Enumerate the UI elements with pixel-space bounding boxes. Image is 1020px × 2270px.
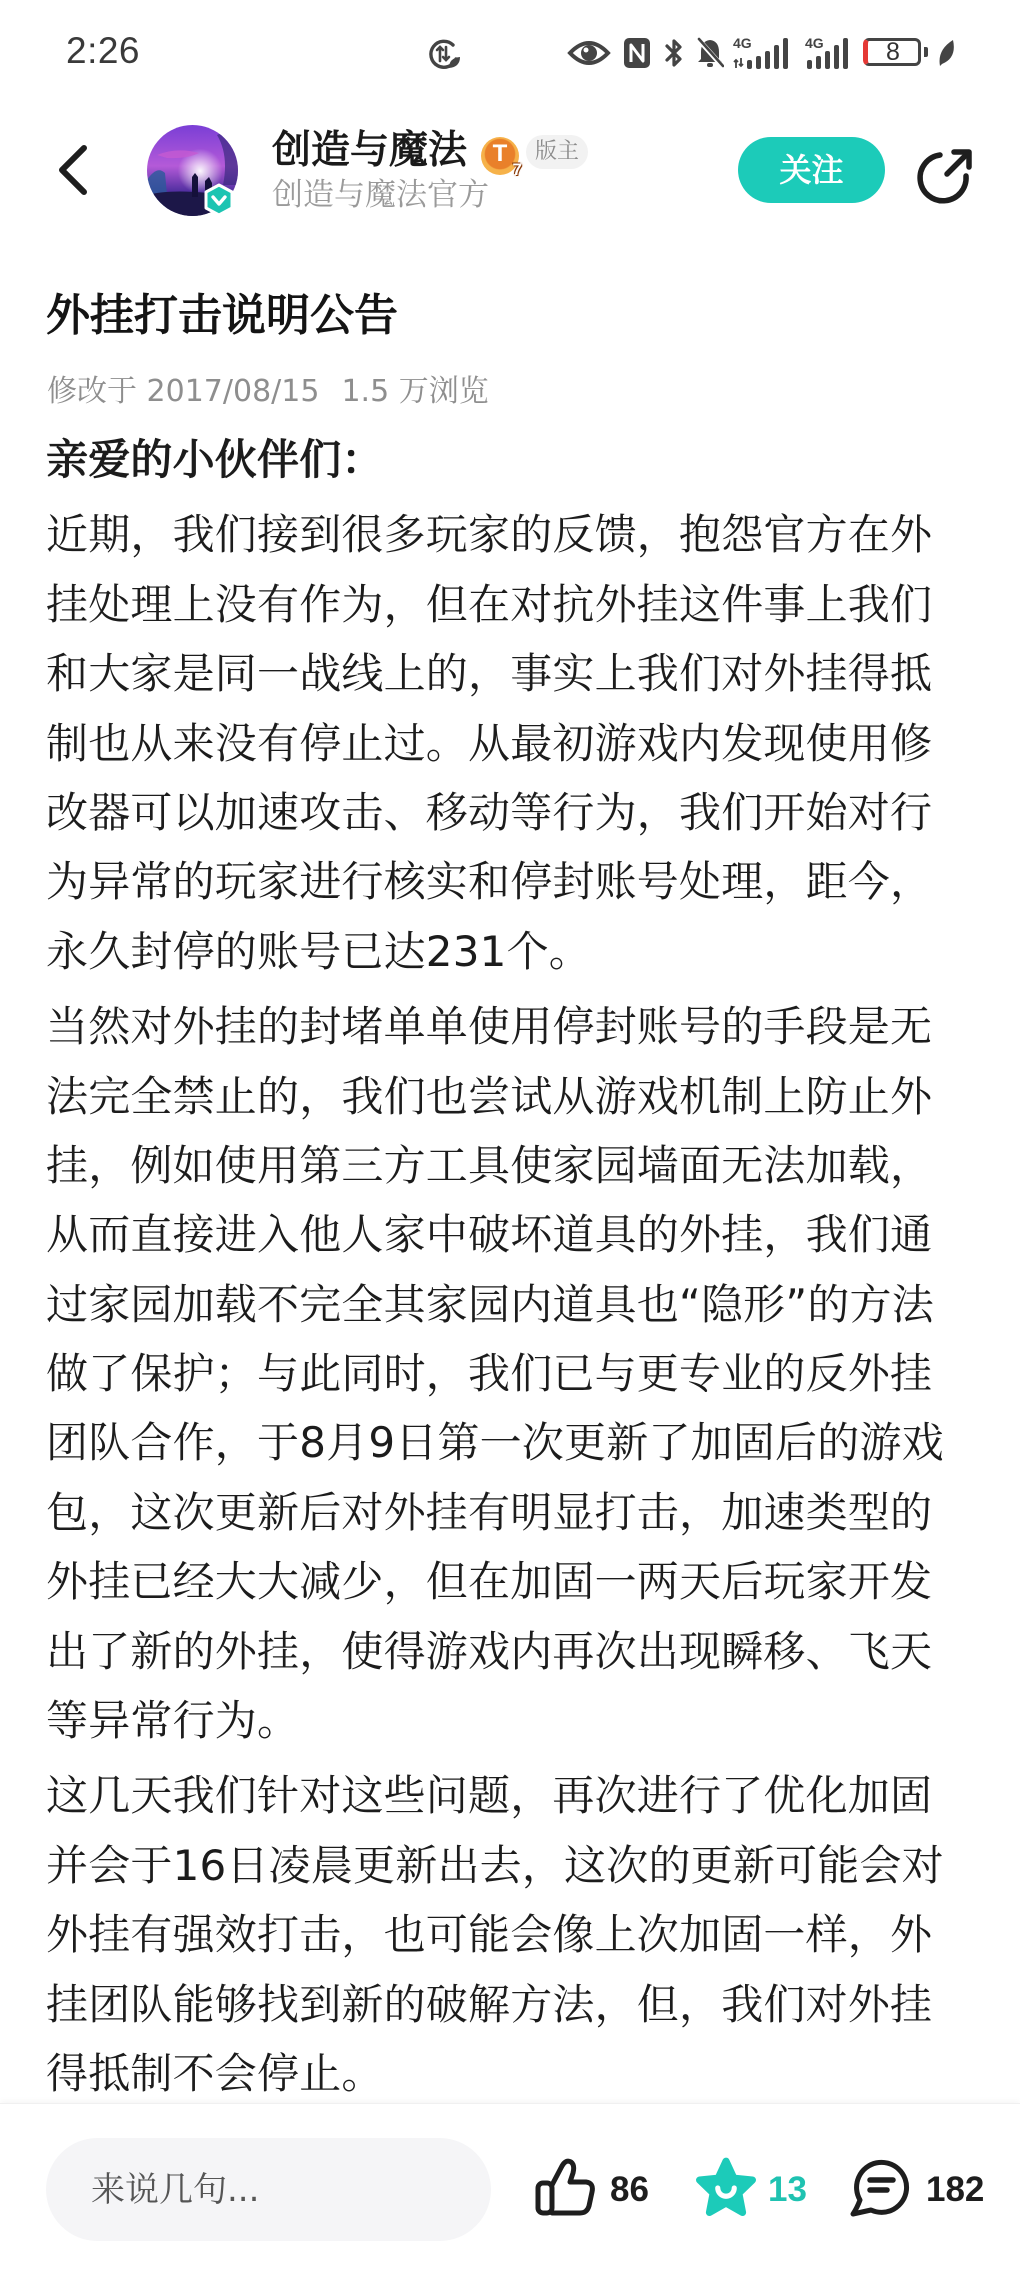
text-line: 为异常的玩家进行核实和停封账号处理，距今，: [46, 847, 1006, 916]
nfc-icon: [623, 37, 651, 69]
star-favorite-icon: [692, 2156, 760, 2220]
forum-name[interactable]: 创造与魔法: [272, 128, 467, 174]
like-count: 86: [610, 2170, 649, 2210]
text-line: 外挂已经大大减少，但在加固一两天后玩家开发: [46, 1547, 1006, 1616]
follow-button[interactable]: 关注: [738, 137, 885, 203]
greeting: 亲爱的小伙伴们：: [46, 425, 1006, 494]
bottom-action-bar: 86 13 182: [0, 2103, 1020, 2270]
text-line: 团队合作，于8月9日第一次更新了加固后的游戏: [46, 1408, 1006, 1477]
text-line: 并会于16日凌晨更新出去，这次的更新可能会对: [46, 1831, 1006, 1900]
moderator-badge: 版主: [526, 135, 588, 169]
clock-time: 2:26: [66, 29, 140, 73]
text-line: 做了保护；与此同时，我们已与更专业的反外挂: [46, 1339, 1006, 1408]
verified-icon: [202, 183, 236, 217]
text-line: 当然对外挂的封堵单单使用停封账号的手段是无: [46, 992, 1006, 1061]
level-badge-number: 7: [513, 161, 522, 179]
text-line: 改器可以加速攻击、移动等行为，我们开始对行: [46, 778, 1006, 847]
comments-button[interactable]: 182: [846, 2156, 996, 2220]
article-body: 亲爱的小伙伴们： 近期，我们接到很多玩家的反馈，抱怨官方在外 挂处理上没有作为，…: [46, 425, 1006, 2108]
text-line: 挂，例如使用第三方工具使家园墙面无法加载，: [46, 1131, 1006, 1200]
text-line: 得抵制不会停止。: [46, 2039, 1006, 2108]
back-button[interactable]: [52, 140, 96, 200]
back-icon: [52, 140, 96, 200]
like-button[interactable]: 86: [535, 2156, 655, 2220]
eye-comfort-icon: [567, 38, 611, 68]
comment-input[interactable]: [46, 2138, 491, 2241]
modified-date: 修改于 2017/08/15: [47, 374, 319, 409]
text-line: 挂处理上没有作为，但在对抗外挂这件事上我们: [46, 570, 1006, 639]
favorite-count: 13: [768, 2170, 807, 2210]
forum-subtitle: 创造与魔法官方: [272, 176, 489, 214]
comment-bubble-icon: [846, 2156, 914, 2218]
share-icon: [914, 143, 980, 207]
signal-sim1-icon: 4G: [733, 36, 795, 70]
text-line: 这几天我们针对这些问题，再次进行了优化加固: [46, 1761, 1006, 1830]
paragraph-1: 近期，我们接到很多玩家的反馈，抱怨官方在外 挂处理上没有作为，但在对抗外挂这件事…: [46, 500, 1006, 986]
share-button[interactable]: [914, 143, 980, 207]
article-meta: 修改于 2017/08/151.5 万浏览: [47, 374, 489, 410]
paragraph-3: 这几天我们针对这些问题，再次进行了优化加固 并会于16日凌晨更新出去，这次的更新…: [46, 1761, 1006, 2108]
text-line: 从而直接进入他人家中破坏道具的外挂，我们通: [46, 1200, 1006, 1269]
bluetooth-icon: [663, 37, 685, 69]
paragraph-2: 当然对外挂的封堵单单使用停封账号的手段是无 法完全禁止的，我们也尝试从游戏机制上…: [46, 992, 1006, 1755]
text-line: 永久封停的账号已达231个。: [46, 917, 1006, 986]
text-line: 和大家是同一战线上的，事实上我们对外挂得抵: [46, 639, 1006, 708]
text-line: 外挂有强效打击，也可能会像上次加固一样，外: [46, 1900, 1006, 1969]
eco-leaf-icon: [936, 38, 956, 68]
text-line: 制也从来没有停止过。从最初游戏内发现使用修: [46, 709, 1006, 778]
battery-nub: [924, 47, 928, 57]
text-line: 出了新的外挂，使得游戏内再次出现瞬移、飞天: [46, 1617, 1006, 1686]
text-line: 挂团队能够找到新的破解方法，但，我们对外挂: [46, 1970, 1006, 2039]
view-count: 1.5 万浏览: [341, 374, 488, 409]
text-line: 过家园加载不完全其家园内道具也“隐形”的方法: [46, 1270, 1006, 1339]
text-line: 等异常行为。: [46, 1686, 1006, 1755]
level-badge: T 7: [481, 137, 519, 175]
text-line: 近期，我们接到很多玩家的反馈，抱怨官方在外: [46, 500, 1006, 569]
text-line: 法完全禁止的，我们也尝试从游戏机制上防止外: [46, 1062, 1006, 1131]
text-line: 包，这次更新后对外挂有明显打击，加速类型的: [46, 1478, 1006, 1547]
signal-sim2-icon: 4G: [805, 36, 853, 70]
data-saver-icon: [427, 37, 461, 71]
battery-level: 8: [886, 38, 900, 66]
comment-count: 182: [926, 2170, 984, 2210]
battery-icon: 8: [863, 38, 921, 66]
thumbs-up-icon: [535, 2156, 597, 2218]
bell-off-icon: [696, 37, 724, 69]
status-bar: 2:26 4G: [0, 0, 1020, 100]
favorite-button[interactable]: 13: [692, 2156, 812, 2220]
article-title: 外挂打击说明公告: [46, 291, 398, 341]
